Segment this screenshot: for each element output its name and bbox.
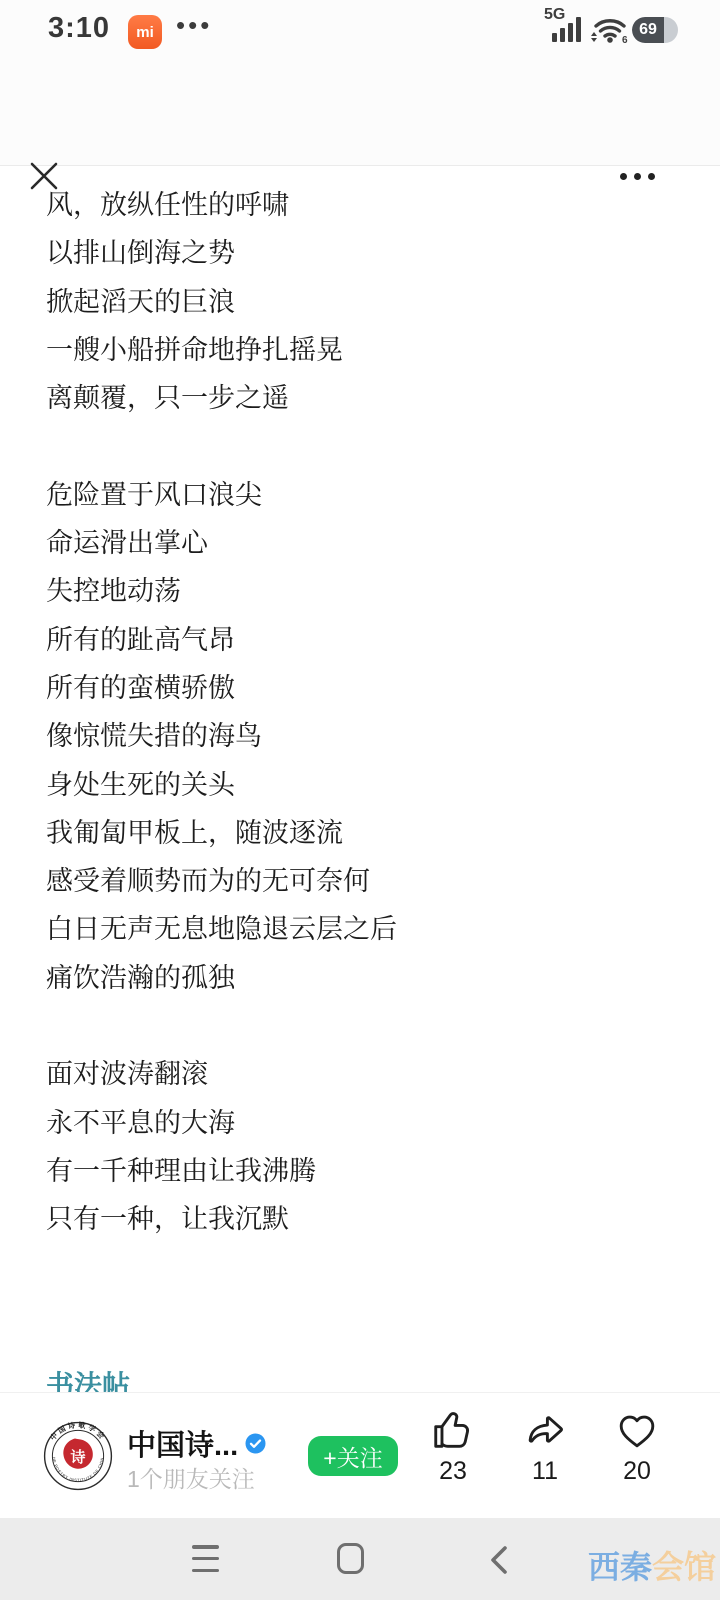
- poem-line: 像惊慌失措的海鸟: [46, 712, 686, 760]
- poem-line: 一艘小船拼命地挣扎摇晃: [46, 326, 686, 374]
- poem-line: 面对波涛翻滚: [46, 1050, 686, 1098]
- poem-stanza: 危险置于风口浪尖命运滑出掌心失控地动荡所有的趾高气昂所有的蛮横骄傲像惊慌失措的海…: [46, 471, 686, 1002]
- poem-line: 命运滑出掌心: [46, 519, 686, 567]
- top-area: 3:10 mi ••• 5G 6: [0, 0, 720, 166]
- follow-button[interactable]: +关注: [308, 1436, 398, 1476]
- heart-icon: [614, 1407, 660, 1453]
- poem-line: 白日无声无息地隐退云层之后: [46, 905, 686, 953]
- poem-line: 危险置于风口浪尖: [46, 471, 686, 519]
- avatar-seal-char: 诗: [70, 1448, 85, 1466]
- share-icon: [522, 1407, 568, 1453]
- signal-bars-icon: [552, 17, 586, 42]
- poem-line: 痛饮浩瀚的孤独: [46, 954, 686, 1002]
- poem-line: 所有的蛮横骄傲: [46, 664, 686, 712]
- status-bar: 3:10 mi ••• 5G 6: [0, 0, 720, 60]
- poem-line: 身处生死的关头: [46, 761, 686, 809]
- watermark-part1: 西秦: [588, 1549, 652, 1585]
- like-button[interactable]: 23: [421, 1407, 485, 1486]
- favorite-count: 20: [605, 1457, 669, 1486]
- poem-line: 只有一种，让我沉默: [46, 1195, 686, 1243]
- author-action-bar: 中国诗歌学会 THE POETRY INSTITUTE OF CHINA 诗 中…: [0, 1392, 720, 1518]
- poem-line: 风，放纵任性的呼啸: [46, 181, 686, 229]
- battery-icon: 69: [632, 17, 678, 43]
- back-icon[interactable]: [489, 1545, 509, 1575]
- share-button[interactable]: 11: [513, 1407, 577, 1486]
- watermark-part2: 会馆: [652, 1549, 716, 1585]
- like-count: 23: [421, 1457, 485, 1486]
- favorite-button[interactable]: 20: [605, 1407, 669, 1486]
- poem-line: 以排山倒海之势: [46, 229, 686, 277]
- recents-icon[interactable]: [192, 1545, 219, 1572]
- android-nav-bar: 西秦会馆: [0, 1518, 720, 1600]
- poem-line: 掀起滔天的巨浪: [46, 278, 686, 326]
- viewer-header: [0, 60, 720, 165]
- author-name[interactable]: 中国诗...: [127, 1423, 238, 1464]
- share-count: 11: [513, 1457, 577, 1486]
- notification-dots-icon: •••: [176, 10, 212, 41]
- battery-percent: 69: [632, 17, 664, 43]
- poem: 风，放纵任性的呼啸以排山倒海之势掀起滔天的巨浪一艘小船拼命地挣扎摇晃离颠覆，只一…: [46, 181, 686, 1292]
- thumbs-up-icon: [430, 1407, 476, 1453]
- watermark: 西秦会馆: [588, 1542, 716, 1588]
- svg-text:6: 6: [622, 35, 628, 44]
- mi-notification-icon: mi: [128, 15, 162, 49]
- phone-screen: 3:10 mi ••• 5G 6: [0, 0, 720, 1600]
- poem-line: 失控地动荡: [46, 567, 686, 615]
- verified-badge-icon: [244, 1432, 267, 1455]
- wifi-icon: 6: [588, 14, 630, 44]
- poem-line: 感受着顺势而为的无可奈何: [46, 857, 686, 905]
- poem-stanza: 面对波涛翻滚永不平息的大海有一千种理由让我沸腾只有一种，让我沉默: [46, 1050, 686, 1243]
- poem-stanza: 风，放纵任性的呼啸以排山倒海之势掀起滔天的巨浪一艘小船拼命地挣扎摇晃离颠覆，只一…: [46, 181, 686, 422]
- status-time: 3:10: [48, 12, 110, 45]
- poem-line: 我匍匐甲板上，随波逐流: [46, 809, 686, 857]
- poem-line: 有一千种理由让我沸腾: [46, 1147, 686, 1195]
- poem-line: 离颠覆，只一步之遥: [46, 374, 686, 422]
- followers-note: 1个朋友关注: [127, 1461, 255, 1494]
- author-avatar[interactable]: 中国诗歌学会 THE POETRY INSTITUTE OF CHINA 诗: [43, 1421, 113, 1491]
- poem-line: 所有的趾高气昂: [46, 616, 686, 664]
- poem-line: 永不平息的大海: [46, 1099, 686, 1147]
- home-icon[interactable]: [337, 1543, 364, 1574]
